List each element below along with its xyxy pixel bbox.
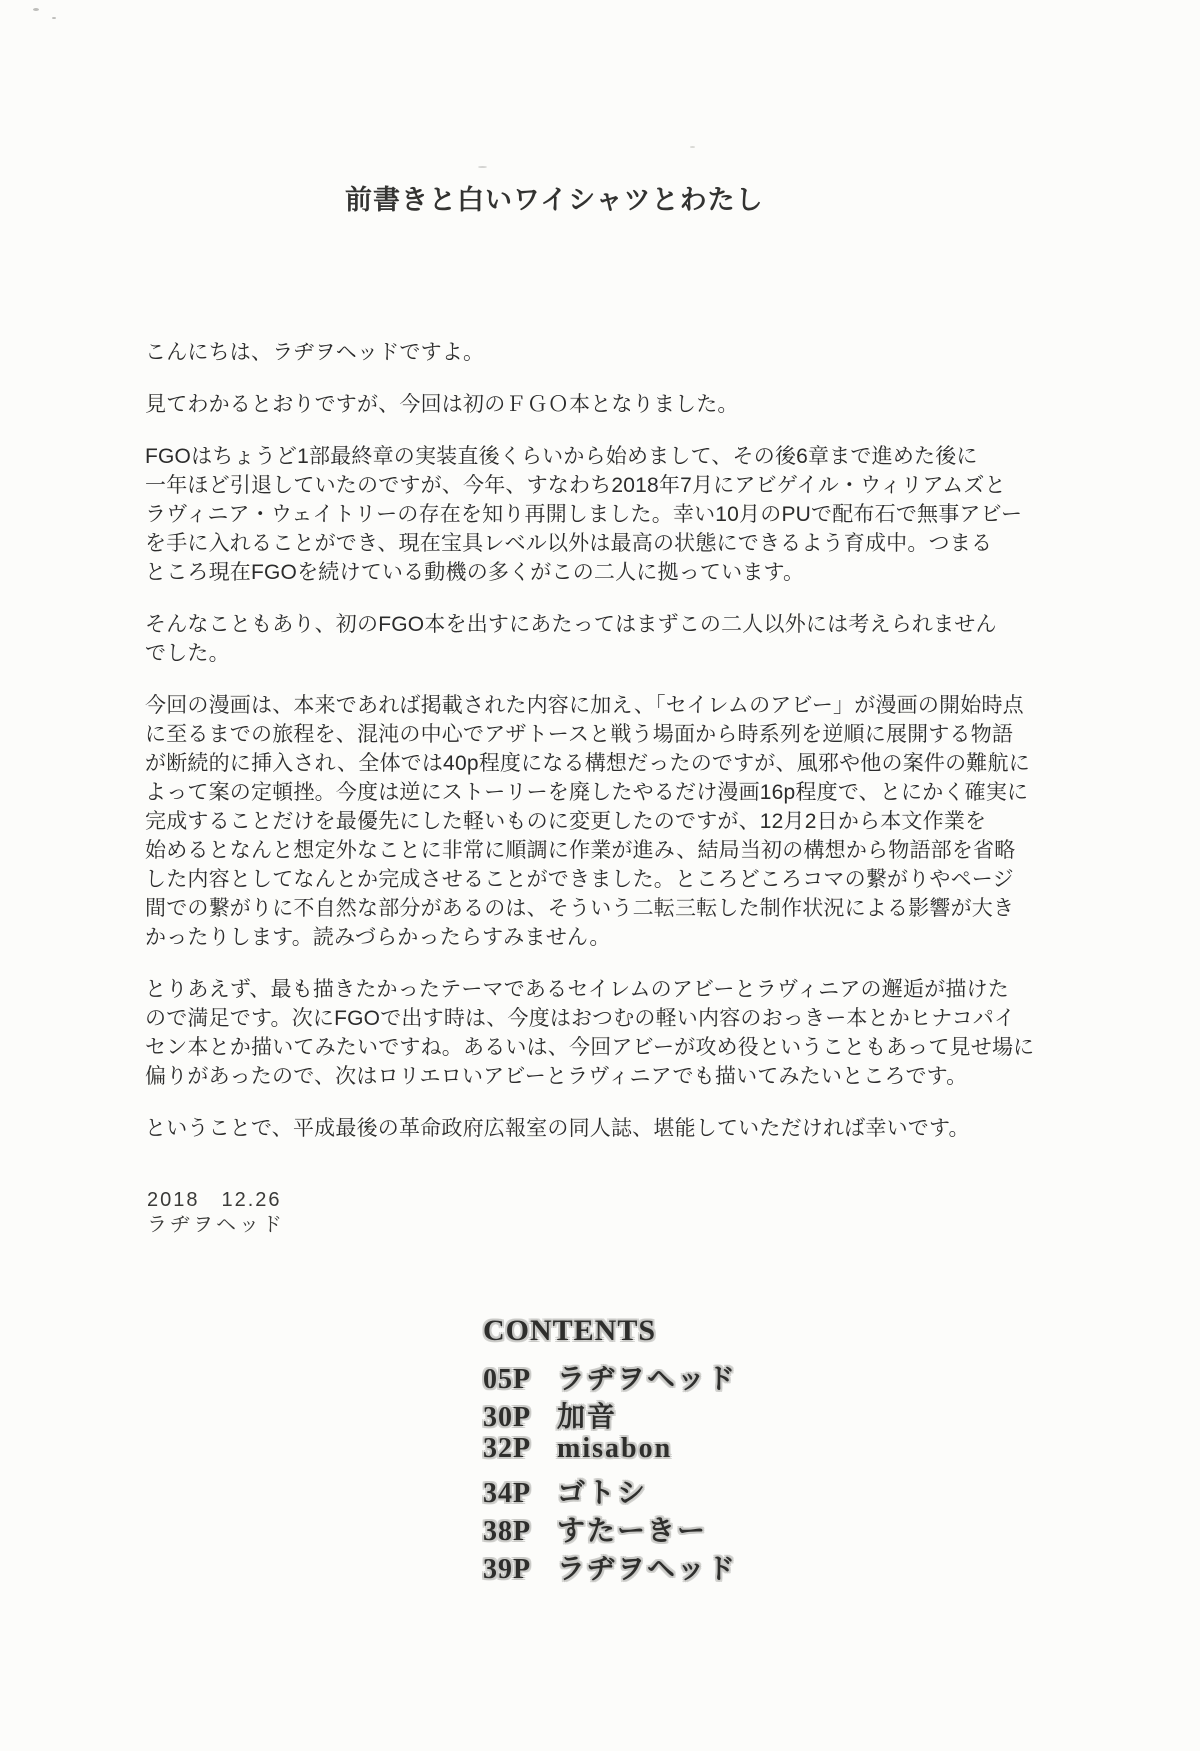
paragraph-closing: ということで、平成最後の革命政府広報室の同人誌、堪能していただければ幸いです。 [145, 1114, 1085, 1143]
scan-speck [478, 166, 487, 168]
scan-speck [52, 17, 56, 19]
paragraph-production-story: 今回の漫画は、本来であれば掲載された内容に加え、「セイレムのアビー」が漫画の開始… [145, 691, 1085, 952]
contents-page-number: 30P [483, 1402, 557, 1434]
contents-author-name: ラヂヲヘッド [557, 1547, 737, 1587]
foreword-body: こんにちは、ラヂヲヘッドですよ。 見てわかるとおりですが、今回は初のＦＧＯ本とな… [145, 338, 1085, 1166]
paragraph-greeting: こんにちは、ラヂヲヘッドですよ。 [145, 338, 1085, 367]
contents-page-number: 32P [483, 1433, 557, 1465]
paragraph-future-plans: とりあえず、最も描きたかったテーマであるセイレムのアビーとラヴィニアの邂逅が描け… [145, 975, 1085, 1091]
contents-entry: 38P すたーきー [483, 1509, 737, 1547]
signoff-block: 2018 12.26 ラヂヲヘッド [147, 1188, 285, 1237]
contents-heading: CONTENTS [483, 1314, 737, 1348]
contents-page-number: 39P [483, 1554, 557, 1586]
contents-block: CONTENTS 05P ラヂヲヘッド 30P 加音 32P misabon 3… [483, 1314, 737, 1585]
contents-author-name: misabon [557, 1433, 672, 1465]
scan-speck [690, 146, 695, 148]
signoff-author: ラヂヲヘッド [147, 1213, 285, 1237]
contents-author-name: ラヂヲヘッド [557, 1357, 737, 1397]
contents-entry: 32P misabon [483, 1433, 737, 1471]
contents-entry: 34P ゴトシ [483, 1471, 737, 1509]
contents-page-number: 05P [483, 1364, 557, 1396]
paragraph-why-these-two: そんなこともあり、初のFGO本を出すにあたってはまずこの二人以外には考えられませ… [145, 610, 1085, 668]
contents-page-number: 38P [483, 1516, 557, 1548]
contents-entry: 30P 加音 [483, 1395, 737, 1433]
paragraph-first-fgo-book: 見てわかるとおりですが、今回は初のＦＧＯ本となりました。 [145, 390, 1085, 419]
page-title: 前書きと白いワイシャツとわたし [345, 178, 764, 217]
contents-entry: 39P ラヂヲヘッド [483, 1547, 737, 1585]
signoff-date: 2018 12.26 [147, 1188, 285, 1212]
contents-entry: 05P ラヂヲヘッド [483, 1357, 737, 1395]
contents-author-name: すたーきー [557, 1509, 707, 1549]
scanned-afterword-page: 前書きと白いワイシャツとわたし こんにちは、ラヂヲヘッドですよ。 見てわかるとお… [0, 0, 1200, 1751]
contents-author-name: ゴトシ [557, 1471, 647, 1511]
contents-author-name: 加音 [557, 1395, 617, 1435]
scan-speck [33, 8, 39, 11]
contents-page-number: 34P [483, 1478, 557, 1510]
paragraph-fgo-history: FGOはちょうど1部最終章の実装直後くらいから始めまして、その後6章まで進めた後… [145, 442, 1085, 587]
